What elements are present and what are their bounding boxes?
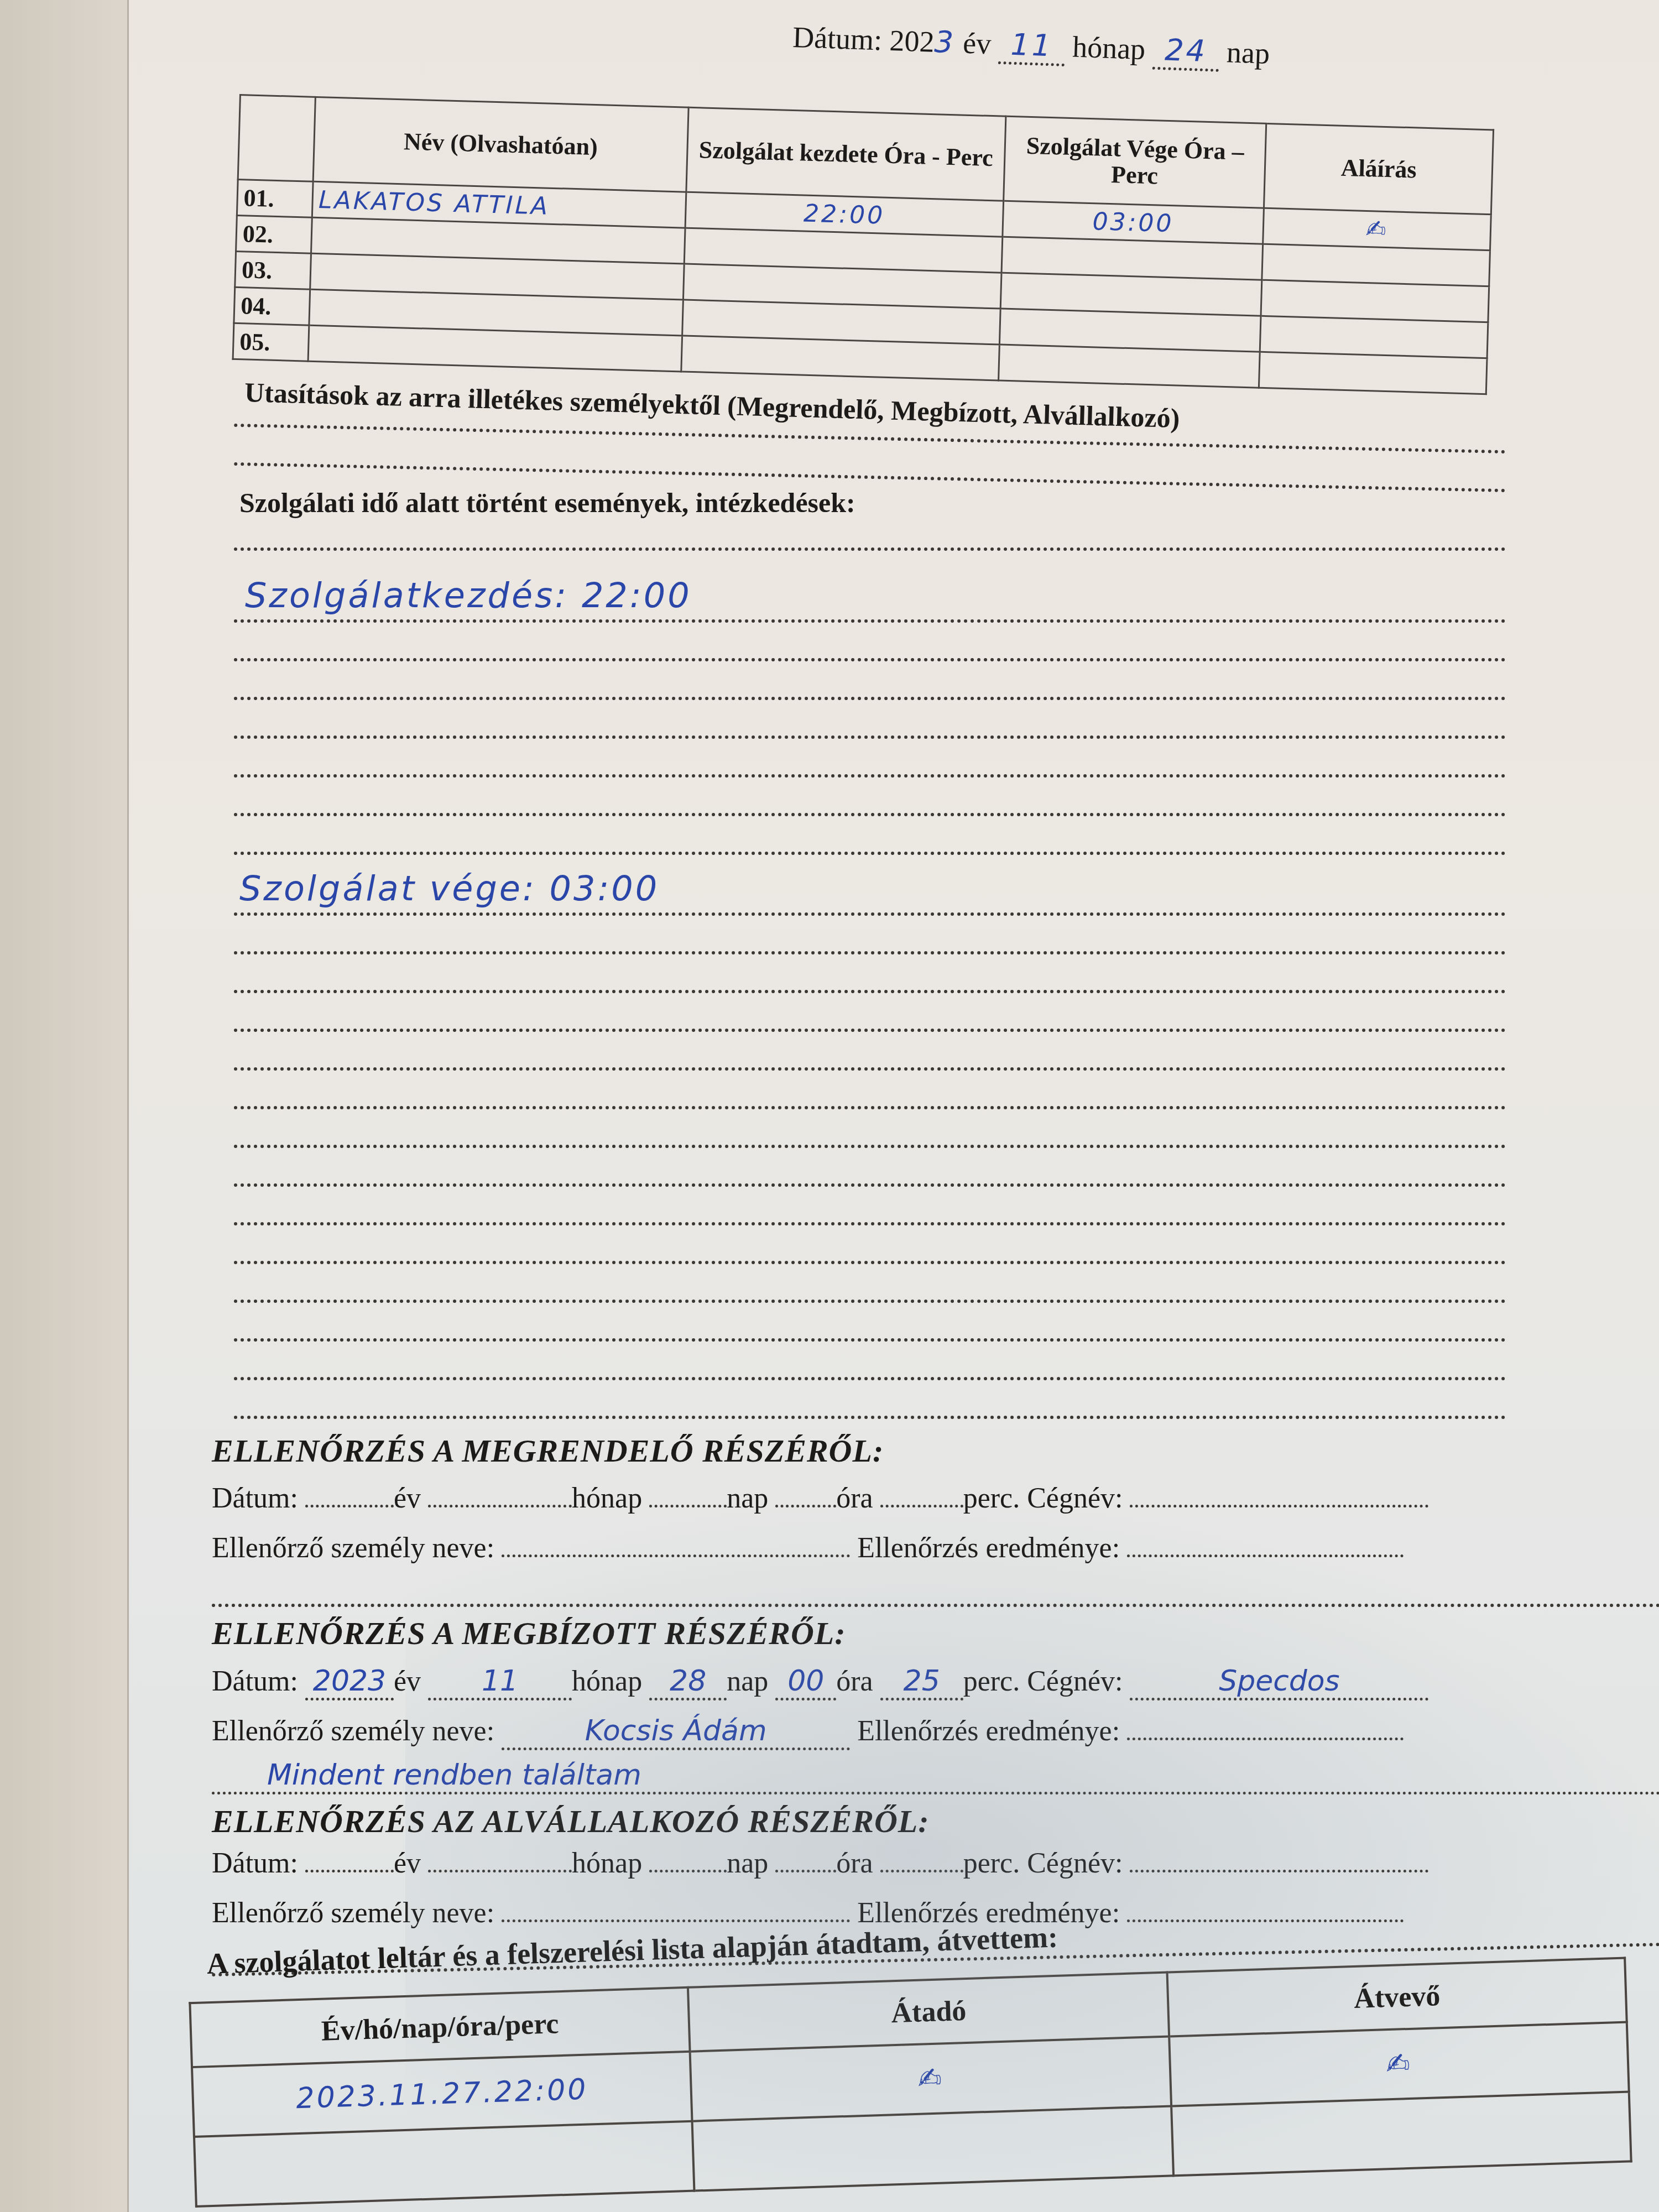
inspector-label: Ellenőrző személy neve: — [212, 1532, 494, 1564]
handed-over-signature-cell[interactable] — [692, 2106, 1173, 2190]
company-label: Cégnév: — [1027, 1483, 1123, 1514]
header-date: Dátum: 2023 év 11 hónap 24 nap — [792, 19, 1270, 74]
inspection-agent-title: ELLENŐRZÉS A MEGBÍZOTT RÉSZÉRŐL: — [212, 1615, 846, 1652]
inspection-client-date-row: Dátum: év hónap nap óra perc. Cégnév: — [212, 1482, 1428, 1515]
result-field-blank[interactable] — [1127, 1738, 1404, 1740]
row-number: 05. — [233, 323, 309, 361]
date-label: Dátum: — [792, 20, 883, 57]
row-number: 02. — [236, 215, 312, 253]
date-label: Dátum: — [212, 1483, 298, 1514]
company-field[interactable]: Specdos — [1130, 1665, 1428, 1700]
day-label: nap — [1226, 35, 1270, 70]
events-line[interactable] — [234, 1222, 1506, 1225]
day-field[interactable] — [649, 1505, 727, 1507]
result-label: Ellenőrzés eredménye: — [857, 1532, 1120, 1564]
end-time-cell[interactable] — [998, 345, 1260, 388]
inspection-client-result-line[interactable] — [212, 1604, 1659, 1607]
col-number — [238, 95, 315, 182]
month-field[interactable] — [428, 1505, 572, 1507]
events-line[interactable] — [234, 697, 1506, 700]
events-line[interactable] — [234, 774, 1506, 778]
events-line[interactable] — [234, 1377, 1506, 1380]
year-label: év — [394, 1848, 421, 1879]
events-line[interactable] — [234, 619, 1506, 623]
hour-field[interactable]: 00 — [775, 1665, 836, 1700]
year-printed: 202 — [889, 24, 935, 59]
day-field[interactable]: 28 — [649, 1665, 727, 1700]
events-line[interactable] — [234, 1416, 1506, 1419]
minute-label: perc. — [963, 1483, 1020, 1514]
background-surface — [0, 0, 127, 2212]
month-field[interactable] — [428, 1870, 572, 1872]
inspector-field[interactable]: Kocsis Ádám — [502, 1714, 850, 1750]
hour-field[interactable] — [775, 1505, 836, 1507]
inspection-subcontractor-person-row: Ellenőrző személy neve: Ellenőrzés eredm… — [212, 1897, 1404, 1929]
hour-label: óra — [836, 1483, 873, 1514]
events-line[interactable] — [234, 1338, 1506, 1342]
col-name: Név (Olvashatóan) — [313, 97, 689, 192]
date-label: Dátum: — [212, 1666, 298, 1697]
minute-label: perc. — [963, 1666, 1020, 1697]
month-label: hónap — [572, 1483, 642, 1514]
inspection-agent-date-row: Dátum: 2023év 11hónap 28nap 00óra 25perc… — [212, 1665, 1428, 1700]
inspection-subcontractor-title: ELLENŐRZÉS AZ ALVÁLLALKOZÓ RÉSZÉRŐL: — [212, 1803, 930, 1840]
hour-label: óra — [836, 1848, 873, 1879]
company-label: Cégnév: — [1027, 1848, 1123, 1879]
inspection-subcontractor-date-row: Dátum: év hónap nap óra perc. Cégnév: — [212, 1847, 1428, 1880]
events-line[interactable] — [234, 658, 1506, 661]
month-label: hónap — [1072, 30, 1146, 66]
result-field[interactable] — [1127, 1919, 1404, 1922]
signature-cell[interactable] — [1260, 316, 1488, 358]
events-line[interactable] — [234, 1300, 1506, 1303]
signature-cell[interactable]: ✍ — [1263, 208, 1491, 250]
events-line[interactable] — [234, 1106, 1506, 1109]
company-field[interactable] — [1130, 1505, 1428, 1507]
signature-cell[interactable] — [1259, 352, 1487, 394]
events-line[interactable] — [234, 990, 1506, 993]
events-line[interactable] — [234, 1067, 1506, 1071]
result-label: Ellenőrzés eredménye: — [857, 1715, 1120, 1747]
year-label: év — [394, 1483, 421, 1514]
events-title: Szolgálati idő alatt történt események, … — [239, 487, 855, 519]
row-number: 03. — [235, 251, 311, 289]
year-handwritten[interactable]: 3 — [934, 24, 957, 60]
staff-table: Név (Olvashatóan) Szolgálat kezdete Óra … — [232, 94, 1495, 395]
year-label: év — [962, 27, 992, 61]
event-entry[interactable]: Szolgálatkezdés: 22:00 — [245, 575, 692, 615]
inspection-client-person-row: Ellenőrző személy neve: Ellenőrzés eredm… — [212, 1532, 1404, 1564]
company-label: Cégnév: — [1027, 1666, 1123, 1697]
hour-label: óra — [836, 1666, 873, 1697]
month-field[interactable]: 11 — [998, 27, 1066, 66]
day-label: nap — [727, 1848, 768, 1879]
day-label: nap — [727, 1666, 768, 1697]
year-field[interactable] — [305, 1505, 394, 1507]
event-entry[interactable]: Szolgálat vége: 03:00 — [239, 868, 659, 909]
inspection-client-title: ELLENŐRZÉS A MEGRENDELŐ RÉSZÉRŐL: — [212, 1432, 884, 1469]
minute-field[interactable] — [880, 1870, 963, 1872]
inspector-label: Ellenőrző személy neve: — [212, 1897, 494, 1929]
day-field[interactable] — [649, 1870, 727, 1872]
month-label: hónap — [572, 1666, 642, 1697]
month-field[interactable]: 11 — [428, 1665, 572, 1700]
events-line[interactable] — [234, 1261, 1506, 1264]
events-line[interactable] — [234, 1145, 1506, 1148]
row-number: 01. — [237, 179, 312, 217]
events-line[interactable] — [234, 951, 1506, 954]
day-label: nap — [727, 1483, 768, 1514]
col-start: Szolgálat kezdete Óra - Perc — [686, 107, 1006, 201]
minute-label: perc. — [963, 1848, 1020, 1879]
company-field[interactable] — [1130, 1870, 1428, 1872]
received-signature-cell[interactable] — [1171, 2091, 1631, 2176]
result-field[interactable]: Mindent rendben találtam — [212, 1759, 1659, 1794]
events-line[interactable] — [234, 912, 1506, 916]
signature-icon: ✍ — [917, 2062, 944, 2095]
datetime-cell[interactable] — [194, 2121, 695, 2206]
instructions-title: Utasítások az arra illetékes személyektő… — [244, 376, 1180, 434]
inspector-label: Ellenőrző személy neve: — [212, 1715, 494, 1747]
year-field[interactable] — [305, 1870, 394, 1872]
result-field[interactable] — [1127, 1554, 1404, 1557]
inspector-field[interactable] — [502, 1554, 850, 1557]
inspector-field[interactable] — [502, 1919, 850, 1922]
inspection-agent-person-row: Ellenőrző személy neve: Kocsis Ádám Elle… — [212, 1714, 1404, 1750]
minute-field[interactable]: 25 — [880, 1665, 963, 1700]
events-line[interactable] — [234, 547, 1506, 551]
events-line[interactable] — [234, 1029, 1506, 1032]
signature-icon: ✍ — [1385, 2047, 1412, 2081]
signature-cell[interactable] — [1261, 280, 1489, 322]
events-line[interactable] — [234, 813, 1506, 816]
month-label: hónap — [572, 1848, 642, 1879]
col-end: Szolgálat Vége Óra – Perc — [1003, 116, 1266, 208]
signature-icon: ✍ — [1365, 215, 1389, 243]
year-label: év — [394, 1666, 421, 1697]
events-line[interactable] — [234, 735, 1506, 739]
date-label: Dátum: — [212, 1848, 298, 1879]
handover-table: Év/hó/nap/óra/perc Átadó Átvevő 2023.11.… — [189, 1957, 1632, 2208]
duty-log-page: Dátum: 2023 év 11 hónap 24 nap Név (Olva… — [127, 0, 1659, 2212]
day-field[interactable]: 24 — [1152, 32, 1219, 72]
inspection-agent-result-row: Mindent rendben találtam — [212, 1759, 1659, 1794]
hour-field[interactable] — [775, 1870, 836, 1872]
instructions-line[interactable] — [234, 424, 1506, 453]
year-field[interactable]: 2023 — [305, 1665, 394, 1700]
signature-cell[interactable] — [1262, 244, 1490, 286]
events-line[interactable] — [234, 852, 1506, 855]
minute-field[interactable] — [880, 1505, 963, 1507]
col-signature: Aláírás — [1264, 123, 1494, 214]
events-line[interactable] — [234, 1183, 1506, 1187]
row-number: 04. — [234, 287, 310, 325]
